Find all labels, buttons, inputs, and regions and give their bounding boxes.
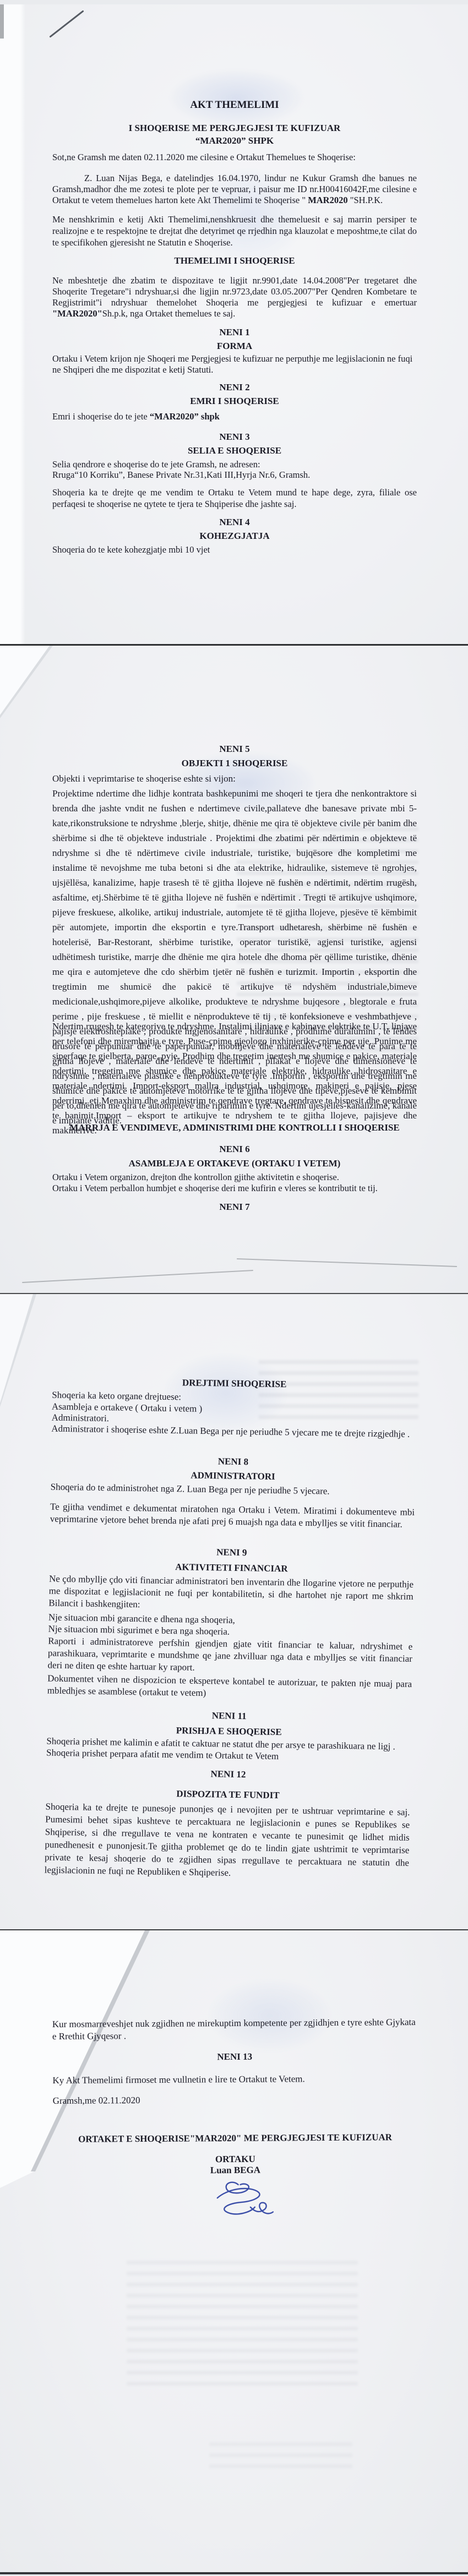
article-4-title: KOHEZGJATJA	[52, 531, 417, 542]
article-12-text: Shoqeria ka te drejte te punesoje punonj…	[45, 1800, 410, 1882]
article-13-number: NENI 13	[52, 2050, 417, 2064]
page-2: NENI 5 OBJEKTI 1 SHOQERISE Objekti i vep…	[0, 646, 468, 1294]
basis-text-tail: Sh.p.k, nga Ortaket themelues te saj.	[102, 308, 235, 319]
article-2-title: EMRI I SHOQERISE	[52, 396, 417, 407]
company-name-inline: “MAR2020” shpk	[150, 411, 220, 422]
article-3-address-intro: Selia qendrore e shoqerise do te jete Gr…	[52, 459, 417, 470]
basis-text: Ne mbeshtetje dhe zbatim te dispozitave …	[52, 275, 417, 308]
founder-text-tail: "SH.P.K.	[348, 195, 383, 205]
article-9-number: NENI 9	[50, 1544, 414, 1561]
article-9-text-1: Ne çdo mbyllje çdo viti financiar admini…	[48, 1573, 413, 1615]
article-5-title: OBJEKTI 1 SHOQERISE	[52, 758, 417, 769]
section-heading-decisions: MARRJA E VENDIMEVE, ADMINISTRIMI DHE KON…	[52, 1122, 417, 1133]
article-3-title: SELIA E SHOQERISE	[52, 445, 417, 456]
article-6-title: ASAMBLEJA E ORTAKEVE (ORTAKU I VETEM)	[52, 1158, 417, 1169]
article-1-number: NENI 1	[52, 327, 417, 338]
article-1-text: Ortaku i Vetem krijon nje Shoqeri me Per…	[52, 353, 417, 375]
article-7-number: NENI 7	[52, 1202, 417, 1213]
article-9-text-5: Dokumentet vihen ne dispozicion te ekspe…	[47, 1673, 412, 1702]
article-5-number: NENI 5	[52, 744, 417, 755]
article-9-text-4: Raporti i administratoreve perfshin gjen…	[47, 1635, 412, 1677]
partners-heading: ORTAKET E SHOQERISE"MAR2020" ME PERGJEGJ…	[53, 2132, 417, 2145]
commitment-paragraph: Me nenshkrimin e ketij Akti Themelimi,ne…	[52, 214, 417, 248]
article-11-number: NENI 11	[47, 1708, 411, 1724]
legal-basis-paragraph: Ne mbeshtetje dhe zbatim te dispozitave …	[52, 275, 417, 319]
article-3-address: Rruga“10 Korriku”, Banese Private Nr.31,…	[52, 470, 417, 481]
section-heading-founding: THEMELIMI I SHOQERISE	[52, 255, 417, 266]
crease-line	[237, 1258, 457, 1267]
partner-name: Luan BEGA	[53, 2164, 417, 2177]
place-date-line: Gramsh,me 02.11.2020	[53, 2093, 417, 2107]
article-12-number: NENI 12	[46, 1766, 410, 1783]
intro-paragraph: Sot,ne Gramsh me daten 02.11.2020 me cil…	[52, 152, 417, 163]
article-2-number: NENI 2	[52, 382, 417, 393]
article-2-text: Emri i shoqerise do te jete “MAR2020” sh…	[52, 411, 417, 422]
article-6-text-2: Ortaku i Vetem perballon humbjet e shoqe…	[52, 1183, 417, 1194]
article-8-text-2: Te gjitha vendimet e dekumentat miratohe…	[50, 1501, 415, 1531]
page-1: AKT THEMELIMI I SHOQERISE ME PERGJEGJESI…	[0, 4, 468, 646]
article-3-number: NENI 3	[52, 432, 417, 443]
article-13-text: Ky Akt Themelimi firmoset me vullnetin e…	[52, 2072, 417, 2087]
stamp-ghost	[171, 70, 303, 125]
company-name: “MAR2020” SHPK	[52, 135, 417, 146]
article-8-number: NENI 8	[51, 1454, 415, 1470]
company-name-inline: "MAR2020"	[52, 308, 102, 319]
article-1-title: FORMA	[52, 341, 417, 352]
page-3: DREJTIMI SHOQERISE Shoqeria ka keto orga…	[0, 1294, 468, 1930]
scanned-document: { "colors": { "page_background": "#f3f4f…	[0, 0, 468, 2576]
page-4: Kur mosmarreveshjet nuk zgjidhen ne mire…	[0, 1930, 468, 2574]
document-subtitle: I SHOQERISE ME PERGJEGJESI TE KUFIZUAR	[52, 123, 417, 134]
page-4-content: Kur mosmarreveshjet nuk zgjidhen ne mire…	[0, 1930, 468, 2573]
object-paragraph-2: Ndertim rrugesh te kategorive te ndryshm…	[52, 1019, 417, 1138]
company-name-inline: MAR2020	[308, 195, 347, 205]
crease-line	[22, 1270, 253, 1282]
article-6-text-1: Ortaku i Vetem organizon, drejton dhe ko…	[52, 1172, 417, 1183]
article-6-number: NENI 6	[52, 1144, 417, 1155]
signature-scribble	[186, 2175, 291, 2225]
object-intro: Objekti i veprimtarise te shoqerise esht…	[52, 771, 417, 786]
article-4-text: Shoqeria do te kete kohezgjatje mbi 10 v…	[52, 544, 417, 555]
document-title: AKT THEMELIMI	[52, 99, 417, 111]
founder-paragraph: Z. Luan Nijas Bega, e datelindjes 16.04.…	[52, 173, 417, 206]
scan-left-margin	[0, 4, 25, 644]
emri-text: Emri i shoqerise do te jete	[52, 411, 150, 422]
scan-edge-artifact	[0, 4, 4, 39]
pen-mark	[49, 10, 84, 37]
article-3-branches: Shoqeria ka te drejte qe me vendim te Or…	[52, 487, 417, 510]
folded-corner-highlight	[0, 646, 50, 715]
article-4-number: NENI 4	[52, 517, 417, 528]
article-8-text-1: Shoqeria do te administrohet nga Z. Luan…	[51, 1481, 415, 1499]
dispute-paragraph: Kur mosmarreveshjet nuk zgjidhen ne mire…	[52, 2016, 417, 2043]
page-3-content: DREJTIMI SHOQERISE Shoqeria ka keto orga…	[0, 1294, 468, 1930]
